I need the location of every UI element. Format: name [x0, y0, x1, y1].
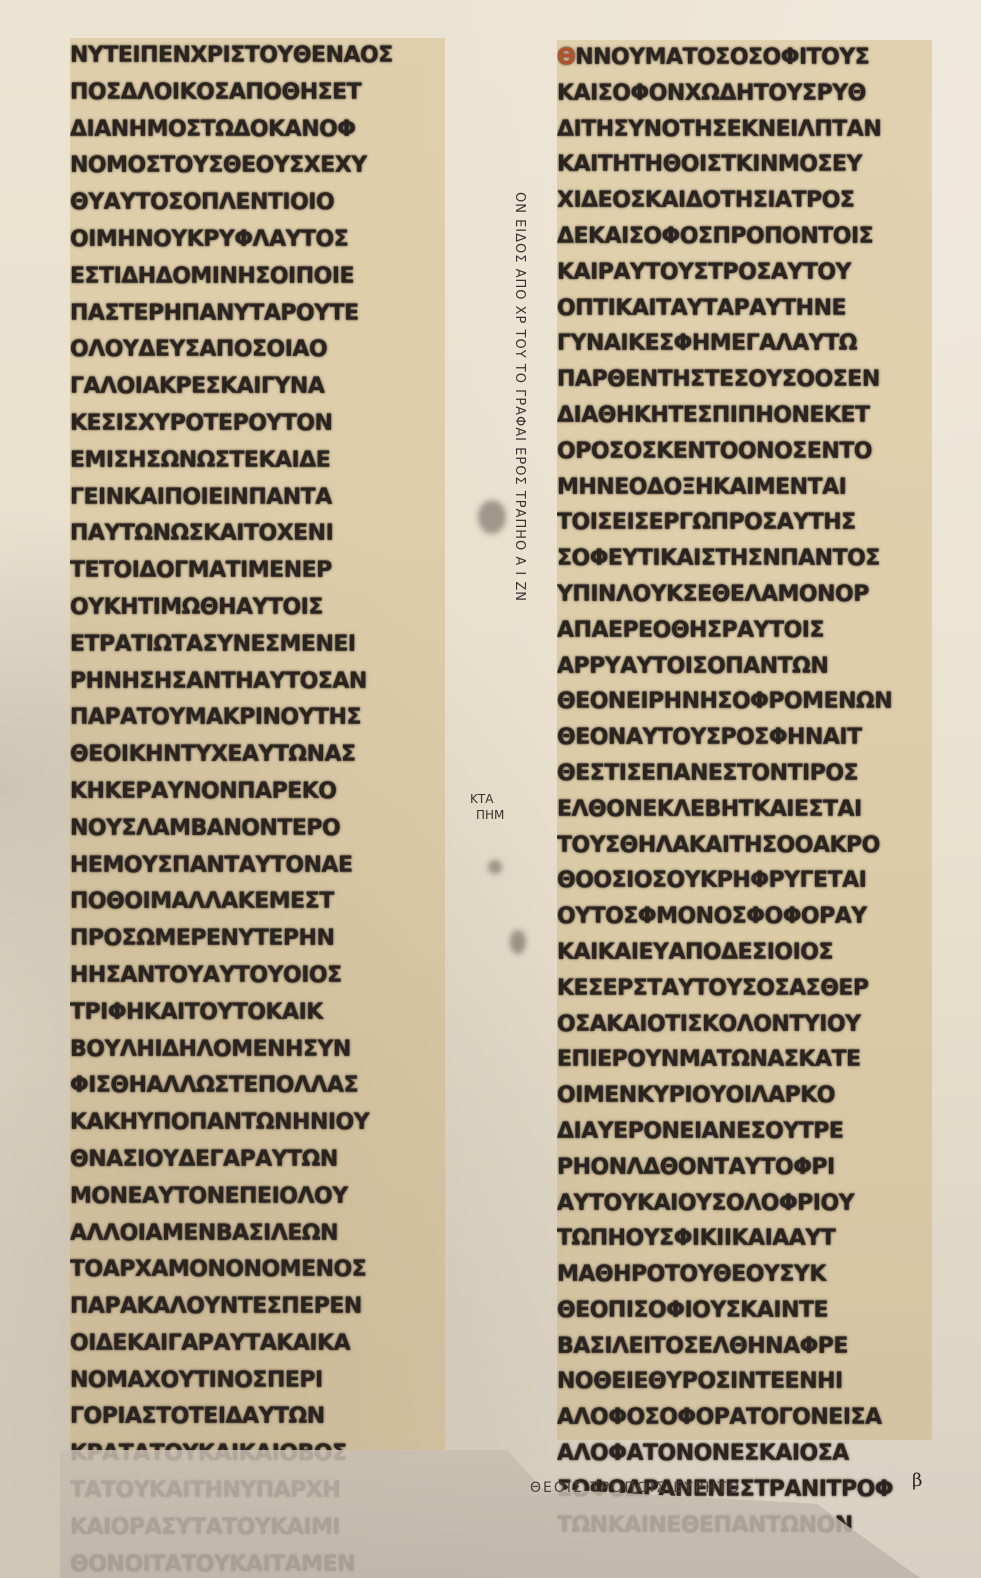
text-line: ΔΙΑΝΗΜΟΣΤΩΔΟΚΑΝΟΦ [70, 112, 445, 149]
text-line: ΠΡΟΣΩΜΕΡΕΝΥΤΕΡΗΝ [70, 921, 445, 958]
text-line: ΗΗΣΑΝΤΟΥΑΥΤΟΥΟΙΟΣ [70, 958, 445, 995]
text-line: ΟΥΚΗΤΙΜΩΘΗΑΥΤΟΙΣ [70, 590, 445, 627]
text-line: ΚΕΣΕΡΣΤΑΥΤΟΥΣΟΣΑΣΘΕΡ [557, 971, 932, 1007]
text-line: ΟΛΟΥΔΕΥΣΑΠΟΣΟΙΑΟ [70, 332, 445, 369]
ink-smudge [488, 860, 502, 874]
text-line: ΤΡΙΦΗΚΑΙΤΟΥΤΟΚΑΙΚ [70, 995, 445, 1032]
left-text-column: ΝΥΤΕΙΠΕΝΧΡΙΣΤΟΥΘΕΝΑΟΣΠΟΣΔΛΟΙΚΟΣΑΠΟΘΗΣΕΤΔ… [70, 38, 445, 1450]
text-line: ΝΥΤΕΙΠΕΝΧΡΙΣΤΟΥΘΕΝΑΟΣ [70, 38, 445, 75]
text-line: ΚΑΙΤΗΤΗΘΟΙΣΤΚΙΝΜΟΣΕΥ [557, 147, 932, 183]
text-line: ΤΟΑΡΧΑΜΟΝΟΝΟΜΕΝΟΣ [70, 1252, 445, 1289]
text-line: ΒΟΥΛΗΙΔΗΛΟΜΕΝΗΣΥΝ [70, 1032, 445, 1069]
text-line: ΟΣΑΚΑΙΟΤΙΣΚΟΛΟΝΤΥΙΟΥ [557, 1007, 932, 1043]
text-line: ΡΗΟΝΛΔΘΟΝΤΑΥΤΟΦΡΙ [557, 1150, 932, 1186]
text-line: ΑΡΡΥΑΥΤΟΙΣΟΠΑΝΤΩΝ [557, 649, 932, 685]
text-line: ΘΝΝΟΥΜΑΤΟΣΟΣΟΦΙΤΟΥΣ [557, 40, 932, 76]
text-line: ΑΛΟΦΟΣΟΦΟΡΑΤΟΓΟΝΕΙΣΑ [557, 1400, 932, 1436]
text-line: ΔΕΚΑΙΣΟΦΟΣΠΡΟΠΟΝΤΟΙΣ [557, 219, 932, 255]
text-line: ΠΑΡΑΤΟΥΜΑΚΡΙΝΟΥΤΗΣ [70, 700, 445, 737]
text-line: ΠΑΡΘΕΝΤΗΣΤΕΣΟΥΣΟΟΣΕΝ [557, 362, 932, 398]
text-line: ΣΟΦΕΥΤΙΚΑΙΣΤΗΣΝΠΑΝΤΟΣ [557, 541, 932, 577]
text-line: ΚΗΚΕΡΑΥΝΟΝΠΑΡΕΚΟ [70, 774, 445, 811]
text-line: ΘΟΟΣΙΟΣΟΥΚΡΗΦΡΥΓΕΤΑΙ [557, 863, 932, 899]
text-line: ΠΑΣΤΕΡΗΠΑΝΥΤΑΡΟΥΤΕ [70, 296, 445, 333]
text-line: ΜΗΝΕΟΔΟΞΗΚΑΙΜΕΝΤΑΙ [557, 470, 932, 506]
text-line: ΟΠΤΙΚΑΙΤΑΥΤΑΡΑΥΤΗΝΕ [557, 291, 932, 327]
text-line: ΔΙΑΥΕΡΟΝΕΙΑΝΕΣΟΥΤΡΕ [557, 1114, 932, 1150]
text-line: ΚΑΙΡΑΥΤΟΥΣΤΡΟΣΑΥΤΟΥ [557, 255, 932, 291]
text-line: ΚΑΙΚΑΙΕΥΑΠΟΔΕΣΙΟΙΟΣ [557, 935, 932, 971]
text-line: ΠΑΥΤΩΝΩΣΚΑΙΤΟΧΕΝΙ [70, 516, 445, 553]
text-line: ΟΙΜΕΝΚΥΡΙΟΥΟΙΛΑΡΚΟ [557, 1078, 932, 1114]
text-line: ΕΜΙΣΗΣΩΝΩΣΤΕΚΑΙΔΕ [70, 443, 445, 480]
text-line: ΔΙΤΗΣΥΝΟΤΗΣΕΚΝΕΙΛΠΤΑΝ [557, 112, 932, 148]
text-line: ΗΕΜΟΥΣΠΑΝΤΑΥΤΟΝΑΕ [70, 848, 445, 885]
text-line: ΚΑΙΣΟΦΟΝΧΩΔΗΤΟΥΣΡΥΘ [557, 76, 932, 112]
text-line: ΝΟΜΟΣΤΟΥΣΘΕΟΥΣΧΕΧΥ [70, 148, 445, 185]
text-line: ΠΟΣΔΛΟΙΚΟΣΑΠΟΘΗΣΕΤ [70, 75, 445, 112]
text-line: ΘΕΟΝΑΥΤΟΥΣΡΟΣΦΗΝΑΙΤ [557, 720, 932, 756]
text-line: ΟΙΔΕΚΑΙΓΑΡΑΥΤΑΚΑΙΚΑ [70, 1326, 445, 1363]
text-line: ΤΟΙΣΕΙΣΕΡΓΩΠΡΟΣΑΥΤΗΣ [557, 505, 932, 541]
text-line: ΚΕΣΙΣΧΥΡΟΤΕΡΟΥΤΟΝ [70, 406, 445, 443]
margin-note-mid-1: ΚΤΑ [470, 792, 493, 806]
text-line: ΤΟΥΣΘΗΛΑΚΑΙΤΗΣΟΟΑΚΡΟ [557, 828, 932, 864]
text-line: ΝΟΘΕΙΕΘΥΡΟΣΙΝΤΕΕΝΗΙ [557, 1364, 932, 1400]
text-line: ΓΕΙΝΚΑΙΠΟΙΕΙΝΠΑΝΤΑ [70, 480, 445, 517]
text-line: ΘΝΑΣΙΟΥΔΕΓΑΡΑΥΤΩΝ [70, 1142, 445, 1179]
text-line: ΘΕΟΙΚΗΝΤΥΧΕΑΥΤΩΝΑΣ [70, 737, 445, 774]
text-line: ΘΕΟΝΕΙΡΗΝΗΣΟΦΡΟΜΕΝΩΝ [557, 684, 932, 720]
text-line: ΒΑΣΙΛΕΙΤΟΣΕΛΘΗΝΑΦΡΕ [557, 1329, 932, 1365]
text-line: ΟΥΤΟΣΦΜΟΝΟΣΦΟΦΟΡΑΥ [557, 899, 932, 935]
text-line: ΧΙΔΕΟΣΚΑΙΔΟΤΗΣΙΑΤΡΟΣ [557, 183, 932, 219]
text-line: ΔΙΑΘΗΚΗΤΕΣΠΙΠΗΟΝΕΚΕΤ [557, 398, 932, 434]
text-line: ΝΟΥΣΛΑΜΒΑΝΟΝΤΕΡΟ [70, 811, 445, 848]
text-line: ΠΑΡΑΚΑΛΟΥΝΤΕΣΠΕΡΕΝ [70, 1289, 445, 1326]
text-line: ΓΑΛΟΙΑΚΡΕΣΚΑΙΓΥΝΑ [70, 369, 445, 406]
text-line: ΜΑΘΗΡΟΤΟΥΘΕΟΥΣΥΚ [557, 1257, 932, 1293]
text-line: ΕΣΤΙΔΗΔΟΜΙΝΗΣΟΙΠΟΙΕ [70, 259, 445, 296]
rubricated-initial: Θ [557, 45, 575, 70]
text-line: ΕΤΡΑΤΙΩΤΑΣΥΝΕΣΜΕΝΕΙ [70, 627, 445, 664]
text-line: ΡΗΝΗΣΗΣΑΝΤΗΑΥΤΟΣΑΝ [70, 664, 445, 701]
text-line: ΘΕΣΤΙΣΕΠΑΝΕΣΤΟΝΤΙΡΟΣ [557, 756, 932, 792]
text-line: ΘΕΟΠΙΣΟΦΙΟΥΣΚΑΙΝΤΕ [557, 1293, 932, 1329]
right-text-column: ΘΝΝΟΥΜΑΤΟΣΟΣΟΦΙΤΟΥΣΚΑΙΣΟΦΟΝΧΩΔΗΤΟΥΣΡΥΘΔΙ… [557, 40, 932, 1440]
text-line: ΜΟΝΕΑΥΤΟΝΕΠΕΙΟΛΟΥ [70, 1179, 445, 1216]
footer-note: ΘΕΟΙΣ ΤΡΟΠΟΙΣ ΕΥΡΗΤΟ [530, 1480, 741, 1496]
margin-note-mid-2: ΠΗΜ [476, 808, 504, 822]
text-line: ΟΙΜΗΝΟΥΚΡΥΦΛΑΥΤΟΣ [70, 222, 445, 259]
text-line: ΝΟΜΑΧΟΥΤΙΝΟΣΠΕΡΙ [70, 1363, 445, 1400]
text-line: ΕΠΙΕΡΟΥΝΜΑΤΩΝΑΣΚΑΤΕ [557, 1042, 932, 1078]
text-line: ΓΟΡΙΑΣΤΟΤΕΙΔΑΥΤΩΝ [70, 1399, 445, 1436]
text-line: ΑΠΑΕΡΕΟΘΗΣΡΑΥΤΟΙΣ [557, 613, 932, 649]
manuscript-page: ΝΥΤΕΙΠΕΝΧΡΙΣΤΟΥΘΕΝΑΟΣΠΟΣΔΛΟΙΚΟΣΑΠΟΘΗΣΕΤΔ… [0, 0, 981, 1578]
text-line: ΑΛΟΦΑΤΟΝΟΝΕΣΚΑΙΟΣΑ [557, 1436, 932, 1472]
text-line: ΤΕΤΟΙΔΟΓΜΑΤΙΜΕΝΕΡ [70, 553, 445, 590]
vertical-margin-note: ΟΝ ΕΙΔΟΣ ΑΠΟ ΧΡ ΤΟΥ ΤΟ ΓΡΑΦΑΙ ΕΡΟΣ ΤΡΑΠΗ… [507, 192, 527, 772]
ink-smudge [478, 500, 506, 534]
text-line: ΘΥΑΥΤΟΣΟΠΛΕΝΤΙΟΙΟ [70, 185, 445, 222]
ink-smudge [510, 930, 526, 954]
text-line: ΥΠΙΝΛΟΥΚΣΕΘΕΛΑΜΟΝΟΡ [557, 577, 932, 613]
text-line: ΤΩΠΗΟΥΣΦΙΚΙΙΚΑΙΑΑΥΤ [557, 1221, 932, 1257]
text-line: ΑΥΤΟΥΚΑΙΟΥΣΟΛΟΦΡΙΟΥ [557, 1186, 932, 1222]
text-line: ΠΟΘΟΙΜΑΛΛΑΚΕΜΕΣΤ [70, 884, 445, 921]
text-line: ΦΙΣΘΗΑΛΛΩΣΤΕΠΟΛΛΑΣ [70, 1068, 445, 1105]
text-line: ΓΥΝΑΙΚΕΣΦΗΜΕΓΑΛΑΥΤΩ [557, 326, 932, 362]
text-line: ΑΛΛΟΙΑΜΕΝΒΑΣΙΛΕΩΝ [70, 1216, 445, 1253]
text-line: ΟΡΟΣΟΣΚΕΝΤΟΟΝΟΣΕΝΤΟ [557, 434, 932, 470]
text-line: ΚΑΚΗΥΠΟΠΑΝΤΩΝΗΝΙΟΥ [70, 1105, 445, 1142]
folio-mark: β [912, 1470, 922, 1491]
text-line: ΕΛΘΟΝΕΚΛΕΒΗΤΚΑΙΕΣΤΑΙ [557, 792, 932, 828]
